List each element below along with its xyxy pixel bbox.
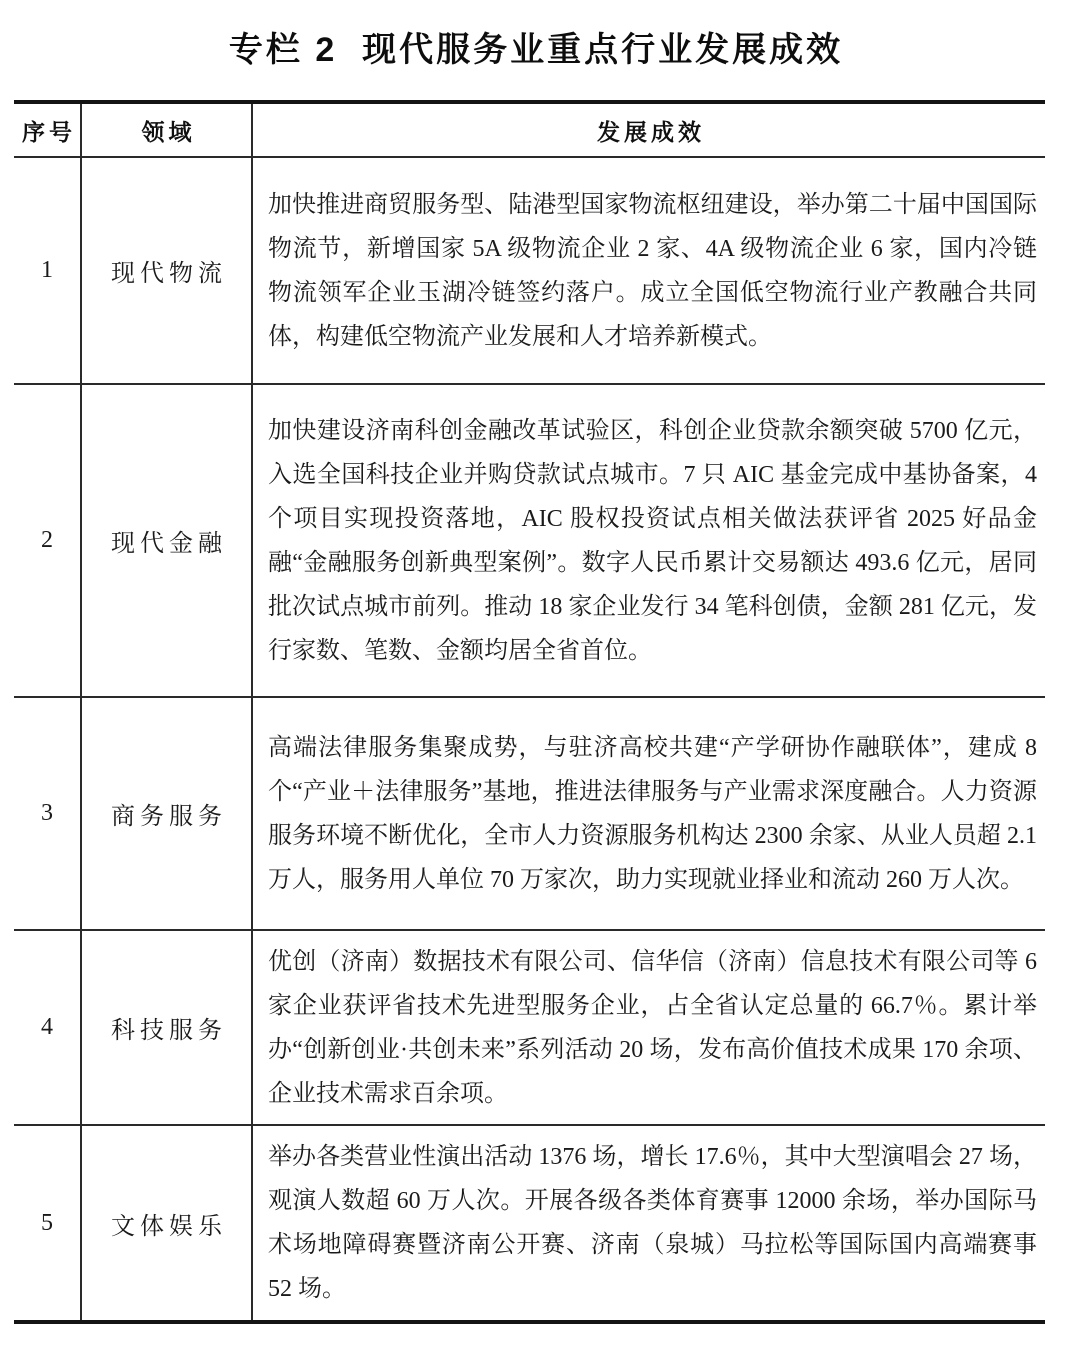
table-row: 1 现代物流 加快推进商贸服务型、陆港型国家物流枢纽建设，举办第二十届中国国际物… — [14, 157, 1045, 384]
table-row: 5 文体娱乐 举办各类营业性演出活动 1376 场，增长 17.6％，其中大型演… — [14, 1125, 1045, 1322]
field-name: 现代金融 — [81, 384, 252, 697]
document-page: 专栏 2 现代服务业重点行业发展成效 序号 领域 发展成效 1 现代物流 加快推… — [0, 0, 1072, 1346]
achievement-text: 加快建设济南科创金融改革试验区，科创企业贷款余额突破 5700 亿元，入选全国科… — [252, 384, 1045, 697]
achievement-text: 高端法律服务集聚成势，与驻济高校共建“产学研协作融联体”，建成 8 个“产业＋法… — [252, 697, 1045, 930]
serial-number: 1 — [14, 157, 81, 384]
page-title: 专栏 2 现代服务业重点行业发展成效 — [0, 0, 1072, 71]
field-name: 商务服务 — [81, 697, 252, 930]
serial-number: 5 — [14, 1125, 81, 1322]
serial-number: 2 — [14, 384, 81, 697]
field-name: 现代物流 — [81, 157, 252, 384]
achievements-table: 序号 领域 发展成效 1 现代物流 加快推进商贸服务型、陆港型国家物流枢纽建设，… — [14, 100, 1045, 1324]
field-name: 文体娱乐 — [81, 1125, 252, 1322]
achievement-text: 加快推进商贸服务型、陆港型国家物流枢纽建设，举办第二十届中国国际物流节，新增国家… — [252, 157, 1045, 384]
achievement-text: 举办各类营业性演出活动 1376 场，增长 17.6％，其中大型演唱会 27 场… — [252, 1125, 1045, 1322]
table-row: 4 科技服务 优创（济南）数据技术有限公司、信华信（济南）信息技术有限公司等 6… — [14, 930, 1045, 1125]
table-row: 3 商务服务 高端法律服务集聚成势，与驻济高校共建“产学研协作融联体”，建成 8… — [14, 697, 1045, 930]
header-cell-serial-number: 序号 — [14, 102, 81, 157]
field-name: 科技服务 — [81, 930, 252, 1125]
achievement-text: 优创（济南）数据技术有限公司、信华信（济南）信息技术有限公司等 6 家企业获评省… — [252, 930, 1045, 1125]
serial-number: 4 — [14, 930, 81, 1125]
header-cell-achievement: 发展成效 — [252, 102, 1045, 157]
table-row: 2 现代金融 加快建设济南科创金融改革试验区，科创企业贷款余额突破 5700 亿… — [14, 384, 1045, 697]
header-cell-field: 领域 — [81, 102, 252, 157]
header-row: 序号 领域 发展成效 — [14, 102, 1045, 157]
serial-number: 3 — [14, 697, 81, 930]
